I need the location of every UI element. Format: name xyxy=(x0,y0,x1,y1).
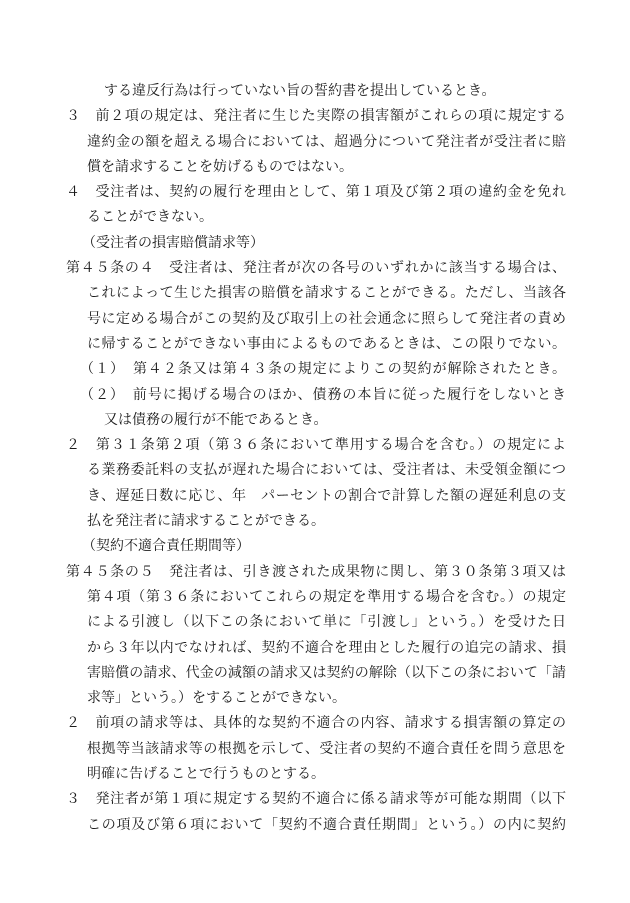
text-line: （２） 前号に掲げる場合のほか、債務の本旨に従った履行をしないとき xyxy=(66,383,566,408)
text-line: これによって生じた損害の賠償を請求することができる。ただし、当該各 xyxy=(66,281,566,306)
text-line: （契約不適合責任期間等） xyxy=(66,534,566,559)
text-line: この項及び第６項において「契約不適合責任期間」という。）の内に契約 xyxy=(66,813,566,838)
text-line: から３年以内でなければ、契約不適合を理由とした履行の追完の請求、損 xyxy=(66,636,566,661)
text-line: 払を発注者に請求することができる。 xyxy=(66,509,566,534)
text-line: ２ 第３１条第２項（第３６条において準用する場合を含む。）の規定によ xyxy=(66,433,566,458)
text-line: 求等」という。）をすることができない。 xyxy=(66,686,566,711)
text-line: 根拠等当該請求等の根拠を示して、受注者の契約不適合責任を問う意思を xyxy=(66,737,566,762)
text-line: 害賠償の請求、代金の減額の請求又は契約の解除（以下この条において「請 xyxy=(66,661,566,686)
text-line: ２ 前項の請求等は、具体的な契約不適合の内容、請求する損害額の算定の xyxy=(66,711,566,736)
text-line: 第４５条の５ 発注者は、引き渡された成果物に関し、第３０条第３項又は xyxy=(66,560,566,585)
text-line: ３ 前２項の規定は、発注者に生じた実際の損害額がこれらの項に規定する xyxy=(66,104,566,129)
text-line: による引渡し（以下この条において単に「引渡し」という。）を受けた日 xyxy=(66,610,566,635)
contract-text-block: する違反行為は行っていない旨の誓約書を提出しているとき。３ 前２項の規定は、発注… xyxy=(66,79,566,838)
text-line: ることができない。 xyxy=(66,205,566,230)
text-line: 償を請求することを妨げるものではない。 xyxy=(66,155,566,180)
text-line: ４ 受注者は、契約の履行を理由として、第１項及び第２項の違約金を免れ xyxy=(66,180,566,205)
text-line: する違反行為は行っていない旨の誓約書を提出しているとき。 xyxy=(66,79,566,104)
text-line: き、遅延日数に応じ、年 パーセントの割合で計算した額の遅延利息の支 xyxy=(66,484,566,509)
text-line: （１） 第４２条又は第４３条の規定によりこの契約が解除されたとき。 xyxy=(66,357,566,382)
text-line: 又は債務の履行が不能であるとき。 xyxy=(66,408,566,433)
text-line: 違約金の額を超える場合においては、超過分について発注者が受注者に賠 xyxy=(66,130,566,155)
text-line: （受注者の損害賠償請求等） xyxy=(66,231,566,256)
document-page: する違反行為は行っていない旨の誓約書を提出しているとき。３ 前２項の規定は、発注… xyxy=(0,0,630,903)
text-line: 第４項（第３６条においてこれらの規定を準用する場合を含む。）の規定 xyxy=(66,585,566,610)
text-line: に帰することができない事由によるものであるときは、この限りでない。 xyxy=(66,332,566,357)
text-line: ３ 発注者が第１項に規定する契約不適合に係る請求等が可能な期間（以下 xyxy=(66,787,566,812)
text-line: る業務委託料の支払が遅れた場合においては、受注者は、未受領金額につ xyxy=(66,458,566,483)
text-line: 第４５条の４ 受注者は、発注者が次の各号のいずれかに該当する場合は、 xyxy=(66,256,566,281)
text-line: 号に定める場合がこの契約及び取引上の社会通念に照らして発注者の責め xyxy=(66,307,566,332)
text-line: 明確に告げることで行うものとする。 xyxy=(66,762,566,787)
